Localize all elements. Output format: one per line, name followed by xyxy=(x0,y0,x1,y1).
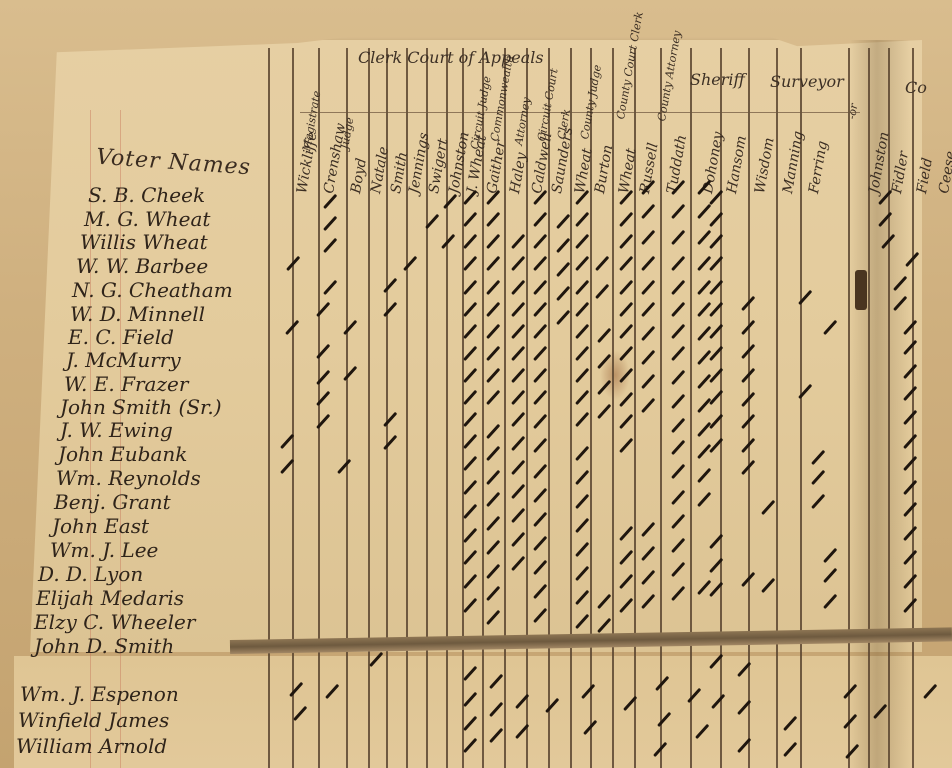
voter-name: S. B. Cheek xyxy=(88,183,205,207)
voter-name: Wm. Reynolds xyxy=(56,466,201,490)
voter-name: Benj. Grant xyxy=(54,490,171,514)
voter-name: John D. Smith xyxy=(34,634,174,658)
column-rule xyxy=(660,48,662,768)
column-rule xyxy=(292,48,294,768)
voter-name: D. D. Lyon xyxy=(38,562,143,586)
voter-name: N. G. Cheatham xyxy=(72,278,233,302)
voter-name: John East xyxy=(52,514,149,538)
voter-name: Wm. J. Lee xyxy=(50,538,158,562)
voter-name: Elijah Medaris xyxy=(36,586,184,610)
voter-name: J. W. Ewing xyxy=(60,418,173,442)
column-rule xyxy=(748,48,750,768)
column-rule xyxy=(690,48,692,768)
voter-name: W. D. Minnell xyxy=(70,302,205,326)
column-rule xyxy=(268,48,270,768)
column-rule xyxy=(318,48,320,768)
office-group-label: Sheriff xyxy=(690,70,745,89)
column-rule xyxy=(368,48,370,768)
voter-name: Elzy C. Wheeler xyxy=(34,610,195,634)
voter-name: E. C. Field xyxy=(68,325,174,349)
header-rule xyxy=(300,112,860,113)
voter-name: J. McMurry xyxy=(66,348,181,372)
voter-name: W. E. Frazer xyxy=(64,372,188,396)
voter-name: William Arnold xyxy=(16,734,167,758)
column-rule xyxy=(868,48,870,768)
column-rule xyxy=(776,48,778,768)
voter-name: John Eubank xyxy=(58,442,187,466)
office-group-label: Co xyxy=(905,78,927,97)
column-rule xyxy=(346,48,348,768)
column-rule xyxy=(848,48,850,768)
voter-name: Wm. J. Espenon xyxy=(20,682,179,706)
office-group-label: Clerk Court of Appeals xyxy=(358,48,544,67)
office-label: -or xyxy=(845,103,861,121)
voter-name: M. G. Wheat xyxy=(84,207,210,231)
office-group-label: Surveyor xyxy=(770,72,844,91)
paper-tear xyxy=(855,270,867,310)
voter-name: John Smith (Sr.) xyxy=(60,395,222,419)
voter-name: Winfield James xyxy=(18,708,169,732)
column-rule xyxy=(912,48,914,768)
voter-name: W. W. Barbee xyxy=(76,254,208,278)
voter-name: Willis Wheat xyxy=(80,230,208,254)
